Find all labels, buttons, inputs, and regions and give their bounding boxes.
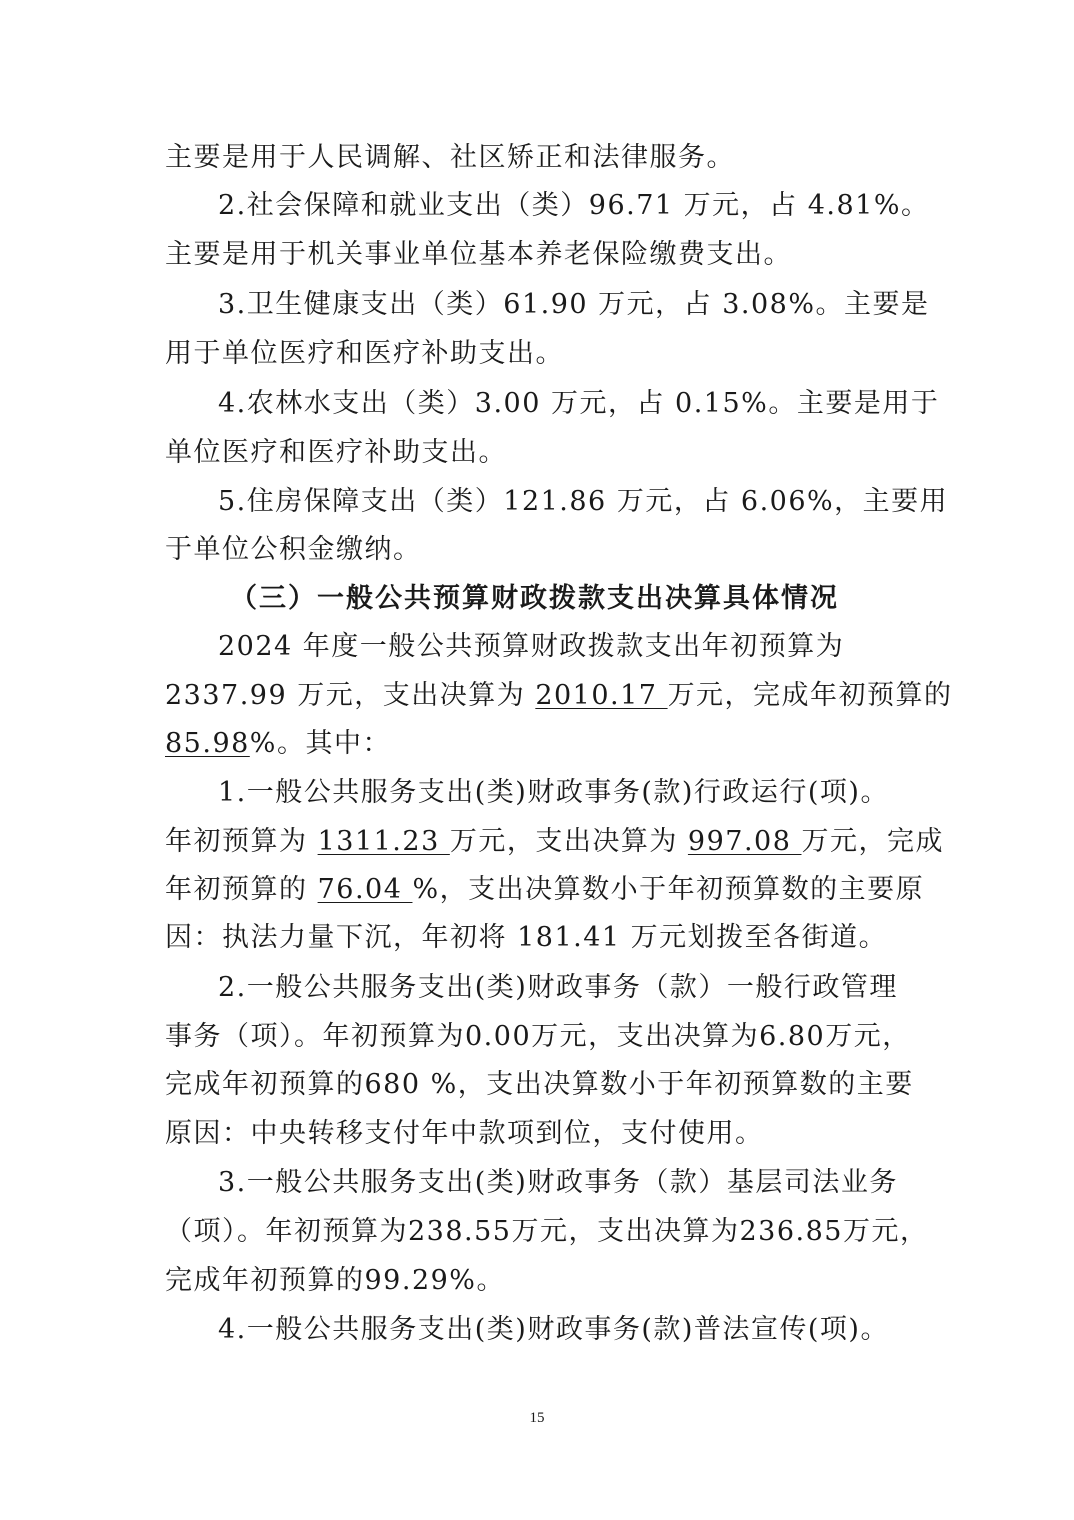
text-segment: %，支出决算数小于年初预算数的主要原 xyxy=(412,874,924,905)
text-segment: 年初预算为 xyxy=(165,826,318,857)
paragraph-line: 事务（项）。年初预算为0.00万元，支出决算为6.80万元， xyxy=(165,1013,915,1061)
paragraph-line: 年初预算的 76.04 %，支出决算数小于年初预算数的主要原 xyxy=(165,866,915,914)
underlined-value: 76.04 xyxy=(318,874,413,905)
list-item-admin-operation: 1.一般公共服务支出(类)财政事务(款)行政运行(项)。 xyxy=(218,769,968,817)
paragraph-line: 因：执法力量下沉，年初将 181.41 万元划拨至各街道。 xyxy=(165,914,915,962)
text-segment: 万元，支出决算为 xyxy=(450,826,688,857)
underlined-value: 1311.23 xyxy=(318,826,450,857)
text-segment: 万元，完成 xyxy=(801,826,944,857)
list-item-social-security: 2.社会保障和就业支出（类）96.71 万元，占 4.81%。 xyxy=(218,182,968,230)
underlined-value: 2010.17 xyxy=(535,680,667,711)
paragraph-line: 单位医疗和医疗补助支出。 xyxy=(165,429,915,477)
text-segment: %。其中： xyxy=(250,728,391,759)
underlined-value: 85.98 xyxy=(165,728,250,759)
underlined-value: 997.08 xyxy=(688,826,802,857)
section-heading: （三）一般公共预算财政拨款支出决算具体情况 xyxy=(230,575,980,623)
list-item-housing: 5.住房保障支出（类）121.86 万元，占 6.06%，主要用 xyxy=(218,478,968,526)
paragraph-line: 于单位公积金缴纳。 xyxy=(165,526,915,574)
paragraph-line: 2024 年度一般公共预算财政拨款支出年初预算为 xyxy=(218,623,968,671)
text-segment: 年初预算的 xyxy=(165,874,318,905)
paragraph-line: 2337.99 万元，支出决算为 2010.17 万元，完成年初预算的 xyxy=(165,672,915,720)
document-page: 主要是用于人民调解、社区矫正和法律服务。 2.社会保障和就业支出（类）96.71… xyxy=(0,0,1074,1520)
list-item-health: 3.卫生健康支出（类）61.90 万元，占 3.08%。主要是 xyxy=(218,281,968,329)
paragraph-line: 主要是用于人民调解、社区矫正和法律服务。 xyxy=(165,134,915,182)
paragraph-line: 用于单位医疗和医疗补助支出。 xyxy=(165,330,915,378)
list-item-judicial: 3.一般公共服务支出(类)财政事务（款）基层司法业务 xyxy=(218,1159,968,1207)
list-item-legal-publicity: 4.一般公共服务支出(类)财政事务(款)普法宣传(项)。 xyxy=(218,1306,968,1354)
text-segment: 万元，完成年初预算的 xyxy=(668,680,953,711)
page-number: 15 xyxy=(0,1410,1074,1427)
paragraph-line: 年初预算为 1311.23 万元，支出决算为 997.08 万元，完成 xyxy=(165,818,915,866)
list-item-general-admin: 2.一般公共服务支出(类)财政事务（款）一般行政管理 xyxy=(218,964,968,1012)
paragraph-line: （项）。年初预算为238.55万元，支出决算为236.85万元， xyxy=(165,1208,915,1256)
paragraph-line: 85.98%。其中： xyxy=(165,720,915,768)
paragraph-line: 完成年初预算的680 %，支出决算数小于年初预算数的主要 xyxy=(165,1061,915,1109)
paragraph-line: 完成年初预算的99.29%。 xyxy=(165,1257,915,1305)
paragraph-line: 主要是用于机关事业单位基本养老保险缴费支出。 xyxy=(165,231,915,279)
paragraph-line: 原因：中央转移支付年中款项到位，支付使用。 xyxy=(165,1110,915,1158)
text-segment: 2337.99 万元，支出决算为 xyxy=(165,680,535,711)
list-item-agriculture: 4.农林水支出（类）3.00 万元，占 0.15%。主要是用于 xyxy=(218,380,968,428)
